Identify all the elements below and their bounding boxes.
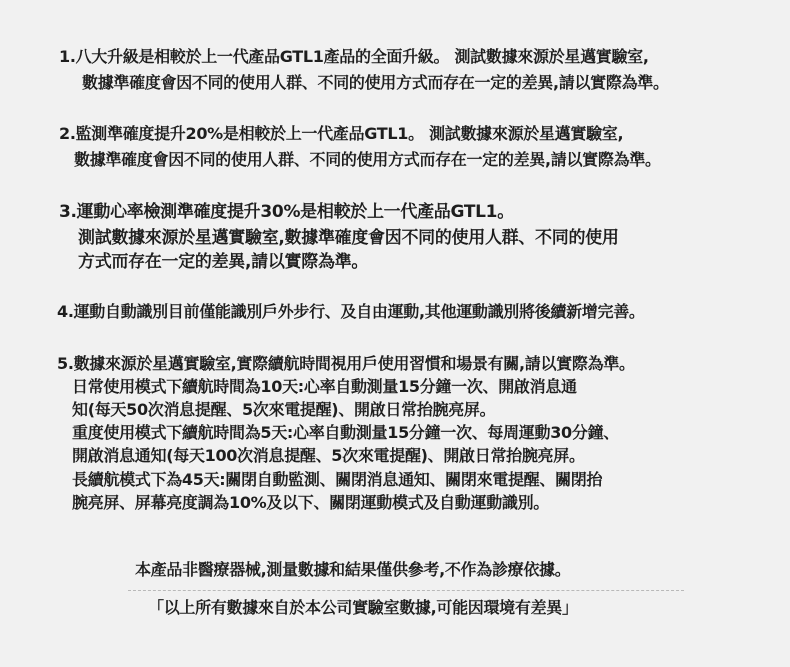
note-1-line-2: 數據準確度會因不同的使用人群、不同的使用方式而存在一定的差異,請以實際為準。 — [82, 72, 669, 94]
note-5-line-4: 重度使用模式下續航時間為5天:心率自動測量15分鐘一次、每周運動30分鐘、 — [72, 422, 619, 444]
note-4-line-1: 4.運動自動識別目前僅能識別戶外步行、及自由運動,其他運動識別將後續新增完善。 — [57, 301, 645, 323]
note-5-line-1: 5.數據來源於星邁實驗室,實際續航時間視用戶使用習慣和場景有關,請以實際為準。 — [57, 353, 635, 375]
note-3-line-2: 測試數據來源於星邁實驗室,數據準確度會因不同的使用人群、不同的使用 — [78, 227, 619, 249]
note-2-line-1: 2.監測準確度提升20%是相較於上一代產品GTL1。 測試數據來源於星邁實驗室, — [59, 123, 623, 145]
note-5-line-5: 開啟消息通知(每天100次消息提醒、5次來電提醒)、開啟日常抬腕亮屏。 — [72, 445, 585, 467]
note-5-line-3: 知(每天50次消息提醒、5次來電提醒)、開啟日常抬腕亮屏。 — [72, 399, 495, 421]
note-3-line-3: 方式而存在一定的差異,請以實際為準。 — [78, 251, 368, 273]
dashed-divider — [128, 590, 684, 591]
note-2-line-2: 數據準確度會因不同的使用人群、不同的使用方式而存在一定的差異,請以實際為準。 — [74, 149, 661, 171]
lab-data-note: 「以上所有數據來自於本公司實驗室數據,可能因環境有差異」 — [148, 597, 578, 619]
note-5-line-6: 長續航模式下為45天:關閉自動監測、關閉消息通知、關閉來電提醒、關閉抬 — [72, 469, 602, 491]
note-5-line-2: 日常使用模式下續航時間為10天:心率自動測量15分鐘一次、開啟消息通 — [72, 376, 577, 398]
medical-disclaimer: 本產品非醫療器械,測量數據和結果僅供參考,不作為診療依據。 — [135, 559, 570, 581]
note-1-line-1: 1.八大升級是相較於上一代產品GTL1產品的全面升級。 測試數據來源於星邁實驗室… — [59, 46, 649, 68]
note-3-line-1: 3.運動心率檢測準確度提升30%是相較於上一代產品GTL1。 — [59, 201, 514, 223]
note-5-line-7: 腕亮屏、屏幕亮度調為10%及以下、關閉運動模式及自動運動識別。 — [72, 492, 549, 514]
